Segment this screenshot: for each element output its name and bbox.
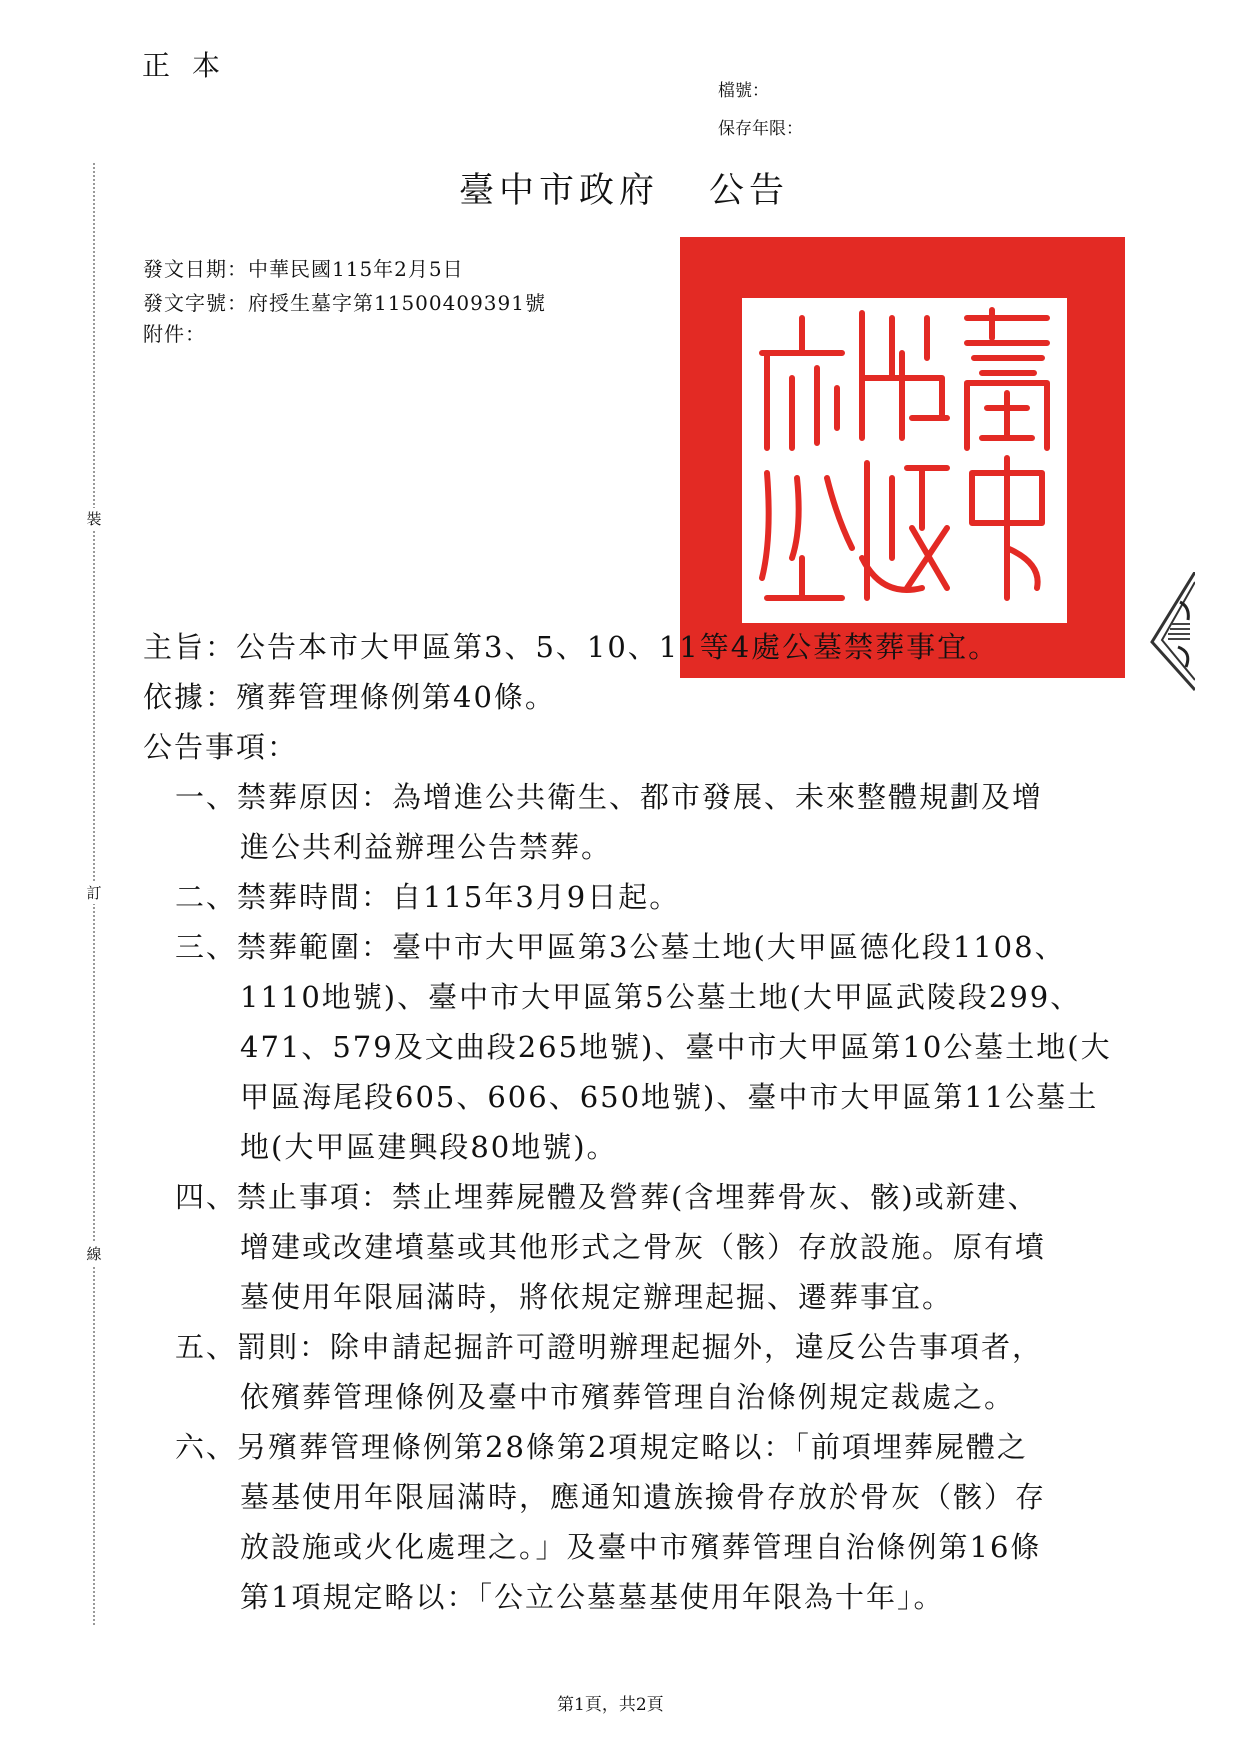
issue-date: 發文日期：中華民國115年2月5日: [143, 253, 464, 282]
item-3-line-5: 地(大甲區建興段80地號)。: [240, 1122, 618, 1172]
item-1-line-2: 進公共利益辦理公告禁葬。: [240, 822, 612, 872]
file-number-text: 檔號：: [718, 81, 769, 101]
title-org: 臺中市政府: [459, 171, 659, 211]
item-4-line-2: 增建或改建墳墓或其他形式之骨灰（骸）存放設施。原有墳: [240, 1222, 1046, 1272]
seal-inner-field: [742, 298, 1067, 623]
item-4-line-1: 四、禁止事項：禁止埋葬屍體及營葬(含埋葬骨灰、骸)或新建、: [175, 1172, 1039, 1222]
receipt-stamp-partial: [1150, 572, 1195, 692]
stamp-icon: [1150, 572, 1195, 692]
basis-line: 依據：殯葬管理條例第40條。: [143, 672, 556, 722]
item-6-line-2: 墓基使用年限屆滿時，應通知遺族撿骨存放於骨灰（骸）存: [240, 1472, 1046, 1522]
items-heading: 公告事項：: [143, 722, 298, 772]
page-title: 臺中市政府公告: [459, 163, 789, 213]
binding-mark-xian: 線: [82, 1243, 106, 1265]
official-seal: [680, 237, 1125, 678]
item-5-line-1: 五、罰則：除申請起掘許可證明辦理起掘外，違反公告事項者，: [175, 1322, 1043, 1372]
subject-line: 主旨：公告本市大甲區第3、5、10、11等4處公墓禁葬事宜。: [143, 622, 999, 672]
file-number-label: 檔號：: [718, 76, 769, 101]
item-5-line-2: 依殯葬管理條例及臺中市殯葬管理自治條例規定裁處之。: [240, 1372, 1015, 1422]
item-2-line-1: 二、禁葬時間：自115年3月9日起。: [175, 872, 680, 922]
copy-mark: 正本: [142, 44, 242, 84]
item-3-line-4: 甲區海尾段605、606、650地號)、臺中市大甲區第11公墓土: [240, 1072, 1098, 1122]
retention-period-label: 保存年限：: [718, 114, 803, 139]
page-number: 第1頁，共2頁: [557, 1690, 664, 1715]
document-number: 發文字號：府授生墓字第11500409391號: [143, 287, 546, 316]
item-3-line-1: 三、禁葬範圍：臺中市大甲區第3公墓土地(大甲區德化段1108、: [175, 922, 1066, 972]
item-6-line-1: 六、另殯葬管理條例第28條第2項規定略以：「前項埋葬屍體之: [175, 1422, 1028, 1472]
title-type: 公告: [709, 171, 789, 211]
item-4-line-3: 墓使用年限屆滿時，將依規定辦理起掘、遷葬事宜。: [240, 1272, 953, 1322]
binding-mark-zhuang: 裝: [82, 508, 106, 530]
binding-mark-ding: 訂: [82, 882, 106, 904]
seal-script-icon: [742, 298, 1067, 623]
item-6-line-4: 第1項規定略以：「公立公墓墓基使用年限為十年」。: [240, 1572, 944, 1622]
item-1-line-1: 一、禁葬原因：為增進公共衛生、都市發展、未來整體規劃及增: [175, 772, 1043, 822]
item-3-line-2: 1110地號)、臺中市大甲區第5公墓土地(大甲區武陵段299、: [240, 972, 1081, 1022]
item-6-line-3: 放設施或火化處理之。」及臺中市殯葬管理自治條例第16條: [240, 1522, 1041, 1572]
attachment-label: 附件：: [143, 318, 206, 347]
item-3-line-3: 471、579及文曲段265地號)、臺中市大甲區第10公墓土地(大: [240, 1022, 1112, 1072]
